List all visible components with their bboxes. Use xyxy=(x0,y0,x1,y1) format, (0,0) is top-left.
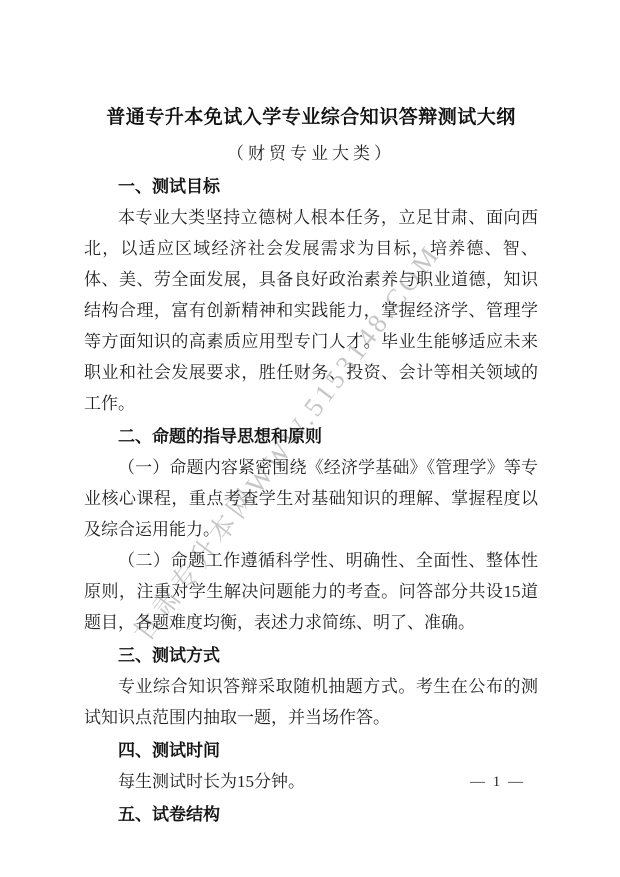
section-heading-guiding-principles: 二、命题的指导思想和原则 xyxy=(84,421,538,452)
paragraph: （二）命题工作遵循科学性、明确性、全面性、整体性原则，注重对学生解决问题能力的考… xyxy=(84,545,538,638)
document-title: 普通专升本免试入学专业综合知识答辩测试大纲 xyxy=(84,104,538,132)
section-heading-test-duration: 四、测试时间 xyxy=(84,735,538,766)
section-heading-paper-structure: 五、试卷结构 xyxy=(84,799,538,830)
paragraph: 专业综合知识答辩采取随机抽题方式。考生在公布的测试知识点范围内抽取一题，并当场作… xyxy=(84,671,538,733)
document-page: 甘肃专升本网WWW.5153148.COM 普通专升本免试入学专业综合知识答辩测… xyxy=(0,0,620,877)
section-heading-test-method: 三、测试方式 xyxy=(84,640,538,671)
page-number: — 1 — xyxy=(470,774,525,791)
document-subtitle: （财贸专业大类） xyxy=(84,138,538,169)
section-heading-test-objectives: 一、测试目标 xyxy=(84,171,538,202)
paragraph: 本专业大类坚持立德树人根本任务，立足甘肃、面向西北，以适应区域经济社会发展需求为… xyxy=(84,202,538,419)
document-content: 普通专升本免试入学专业综合知识答辩测试大纲 （财贸专业大类） 一、测试目标 本专… xyxy=(84,104,538,830)
paragraph: （一）命题内容紧密围绕《经济学基础》《管理学》等专业核心课程，重点考查学生对基础… xyxy=(84,452,538,545)
